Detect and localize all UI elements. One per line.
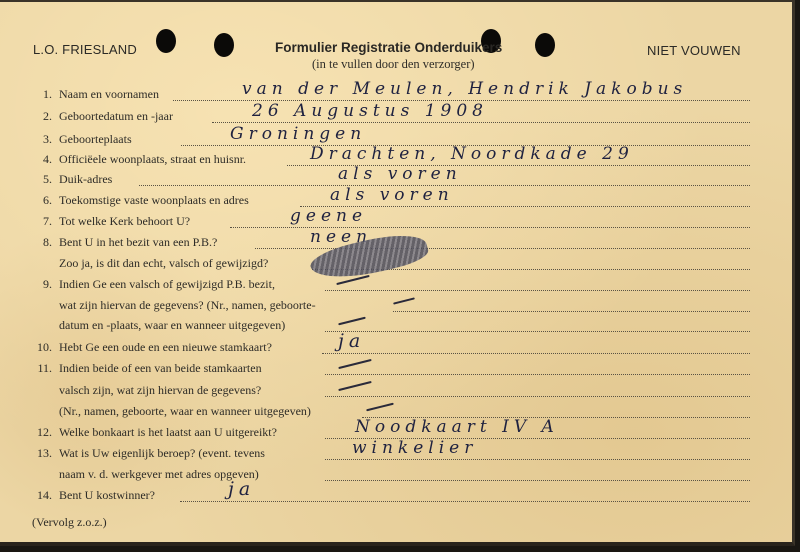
punch-hole bbox=[156, 29, 176, 53]
handwritten-answer: Groningen bbox=[230, 124, 366, 144]
handwritten-answer: Noodkaart IV A bbox=[355, 417, 559, 437]
punch-hole bbox=[535, 33, 555, 57]
fill-line bbox=[300, 206, 750, 207]
form-title: Formulier Registratie Onderduikers bbox=[275, 40, 502, 55]
field-label: valsch zijn, wat zijn hiervan de gegeven… bbox=[59, 383, 261, 398]
field-row-false-pb-issued: datum en -plaats, waar en wanneer uitgeg… bbox=[0, 316, 800, 336]
fill-line bbox=[322, 353, 750, 354]
handwritten-answer: Drachten, Noordkade 29 bbox=[310, 144, 634, 164]
field-number: 7. bbox=[24, 214, 52, 229]
field-number: 12. bbox=[24, 425, 52, 440]
handwritten-answer: geene bbox=[290, 206, 367, 226]
dash-mark bbox=[336, 275, 369, 285]
field-number: 6. bbox=[24, 193, 52, 208]
fill-line bbox=[325, 374, 750, 375]
field-number: 11. bbox=[24, 361, 52, 376]
field-row-birthdate: 2. Geboortedatum en -jaar 26 Augustus 19… bbox=[0, 107, 800, 127]
field-label: Duik-adres bbox=[59, 172, 112, 187]
field-row-future-address: 6. Toekomstige vaste woonplaats en adres… bbox=[0, 191, 800, 211]
field-label: Tot welke Kerk behoort U? bbox=[59, 214, 190, 229]
fill-line bbox=[325, 331, 750, 332]
organization-label: L.O. FRIESLAND bbox=[33, 42, 137, 57]
dash-mark bbox=[338, 317, 366, 326]
field-row-breadwinner: 14. Bent U kostwinner? ja bbox=[0, 486, 800, 506]
handwritten-answer: 26 Augustus 1908 bbox=[252, 101, 488, 121]
field-number: 10. bbox=[24, 340, 52, 355]
field-label: Indien beide of een van beide stamkaarte… bbox=[59, 361, 262, 376]
handwritten-answer: ja bbox=[228, 478, 255, 500]
field-label: Geboorteplaats bbox=[59, 132, 132, 147]
field-label: Bent U in het bezit van een P.B.? bbox=[59, 235, 217, 250]
field-label: datum en -plaats, waar en wanneer uitgeg… bbox=[59, 318, 285, 333]
field-number: 5. bbox=[24, 172, 52, 187]
do-not-fold-notice: NIET VOUWEN bbox=[647, 43, 741, 58]
field-row-false-stamkaart-details: valsch zijn, wat zijn hiervan de gegeven… bbox=[0, 381, 800, 401]
handwritten-answer: van der Meulen, Hendrik Jakobus bbox=[242, 79, 687, 99]
fill-line bbox=[325, 480, 750, 481]
field-row-false-pb: 9. Indien Ge een valsch of gewijzigd P.B… bbox=[0, 275, 800, 295]
field-label: Toekomstige vaste woonplaats en adres bbox=[59, 193, 249, 208]
field-row-employer: naam v. d. werkgever met adres opgeven) bbox=[0, 465, 800, 485]
continuation-note: (Vervolg z.o.z.) bbox=[32, 515, 107, 530]
fill-line bbox=[393, 311, 750, 312]
fill-line bbox=[325, 459, 750, 460]
handwritten-answer: als voren bbox=[338, 164, 462, 184]
field-number: 13. bbox=[24, 446, 52, 461]
field-number: 3. bbox=[24, 132, 52, 147]
dash-mark bbox=[338, 359, 371, 369]
field-label: Geboortedatum en -jaar bbox=[59, 109, 173, 124]
fill-line bbox=[230, 227, 750, 228]
field-number: 14. bbox=[24, 488, 52, 503]
handwritten-answer: winkelier bbox=[352, 438, 477, 458]
field-label: (Nr., namen, geboorte, waar en wanneer u… bbox=[59, 404, 311, 419]
dash-mark bbox=[338, 381, 371, 391]
field-label: wat zijn hiervan de gegevens? (Nr., name… bbox=[59, 298, 316, 313]
punch-hole bbox=[214, 33, 234, 57]
fill-line bbox=[212, 122, 750, 123]
field-label: Wat is Uw eigenlijk beroep? (event. teve… bbox=[59, 446, 265, 461]
fill-line bbox=[325, 396, 750, 397]
field-row-stamkaart: 10. Hebt Ge een oude en een nieuwe stamk… bbox=[0, 338, 800, 358]
dash-mark bbox=[393, 297, 415, 304]
fill-line bbox=[180, 501, 750, 502]
field-row-church: 7. Tot welke Kerk behoort U? geene bbox=[0, 212, 800, 232]
field-number: 8. bbox=[24, 235, 52, 250]
fill-line bbox=[325, 290, 750, 291]
handwritten-answer: als voren bbox=[330, 185, 454, 205]
field-label: Naam en voornamen bbox=[59, 87, 159, 102]
field-row-false-pb-details: wat zijn hiervan de gegevens? (Nr., name… bbox=[0, 296, 800, 316]
field-label: Bent U kostwinner? bbox=[59, 488, 155, 503]
field-number: 1. bbox=[24, 87, 52, 102]
field-label: Welke bonkaart is het laatst aan U uitge… bbox=[59, 425, 277, 440]
field-number: 9. bbox=[24, 277, 52, 292]
dash-mark bbox=[366, 403, 394, 412]
field-row-false-stamkaart: 11. Indien beide of een van beide stamka… bbox=[0, 359, 800, 379]
registration-card: L.O. FRIESLAND Formulier Registratie Ond… bbox=[0, 0, 795, 546]
field-number: 2. bbox=[24, 109, 52, 124]
field-label: Officiëele woonplaats, straat en huisnr. bbox=[59, 152, 246, 167]
fill-line bbox=[255, 248, 750, 249]
form-subtitle: (in te vullen door den verzorger) bbox=[312, 57, 475, 72]
field-label: Indien Ge een valsch of gewijzigd P.B. b… bbox=[59, 277, 275, 292]
handwritten-answer: ja bbox=[338, 330, 365, 352]
field-label: Hebt Ge een oude en een nieuwe stamkaart… bbox=[59, 340, 272, 355]
field-number: 4. bbox=[24, 152, 52, 167]
field-row-profession: 13. Wat is Uw eigenlijk beroep? (event. … bbox=[0, 444, 800, 464]
field-label: Zoo ja, is dit dan echt, valsch of gewij… bbox=[59, 256, 268, 271]
